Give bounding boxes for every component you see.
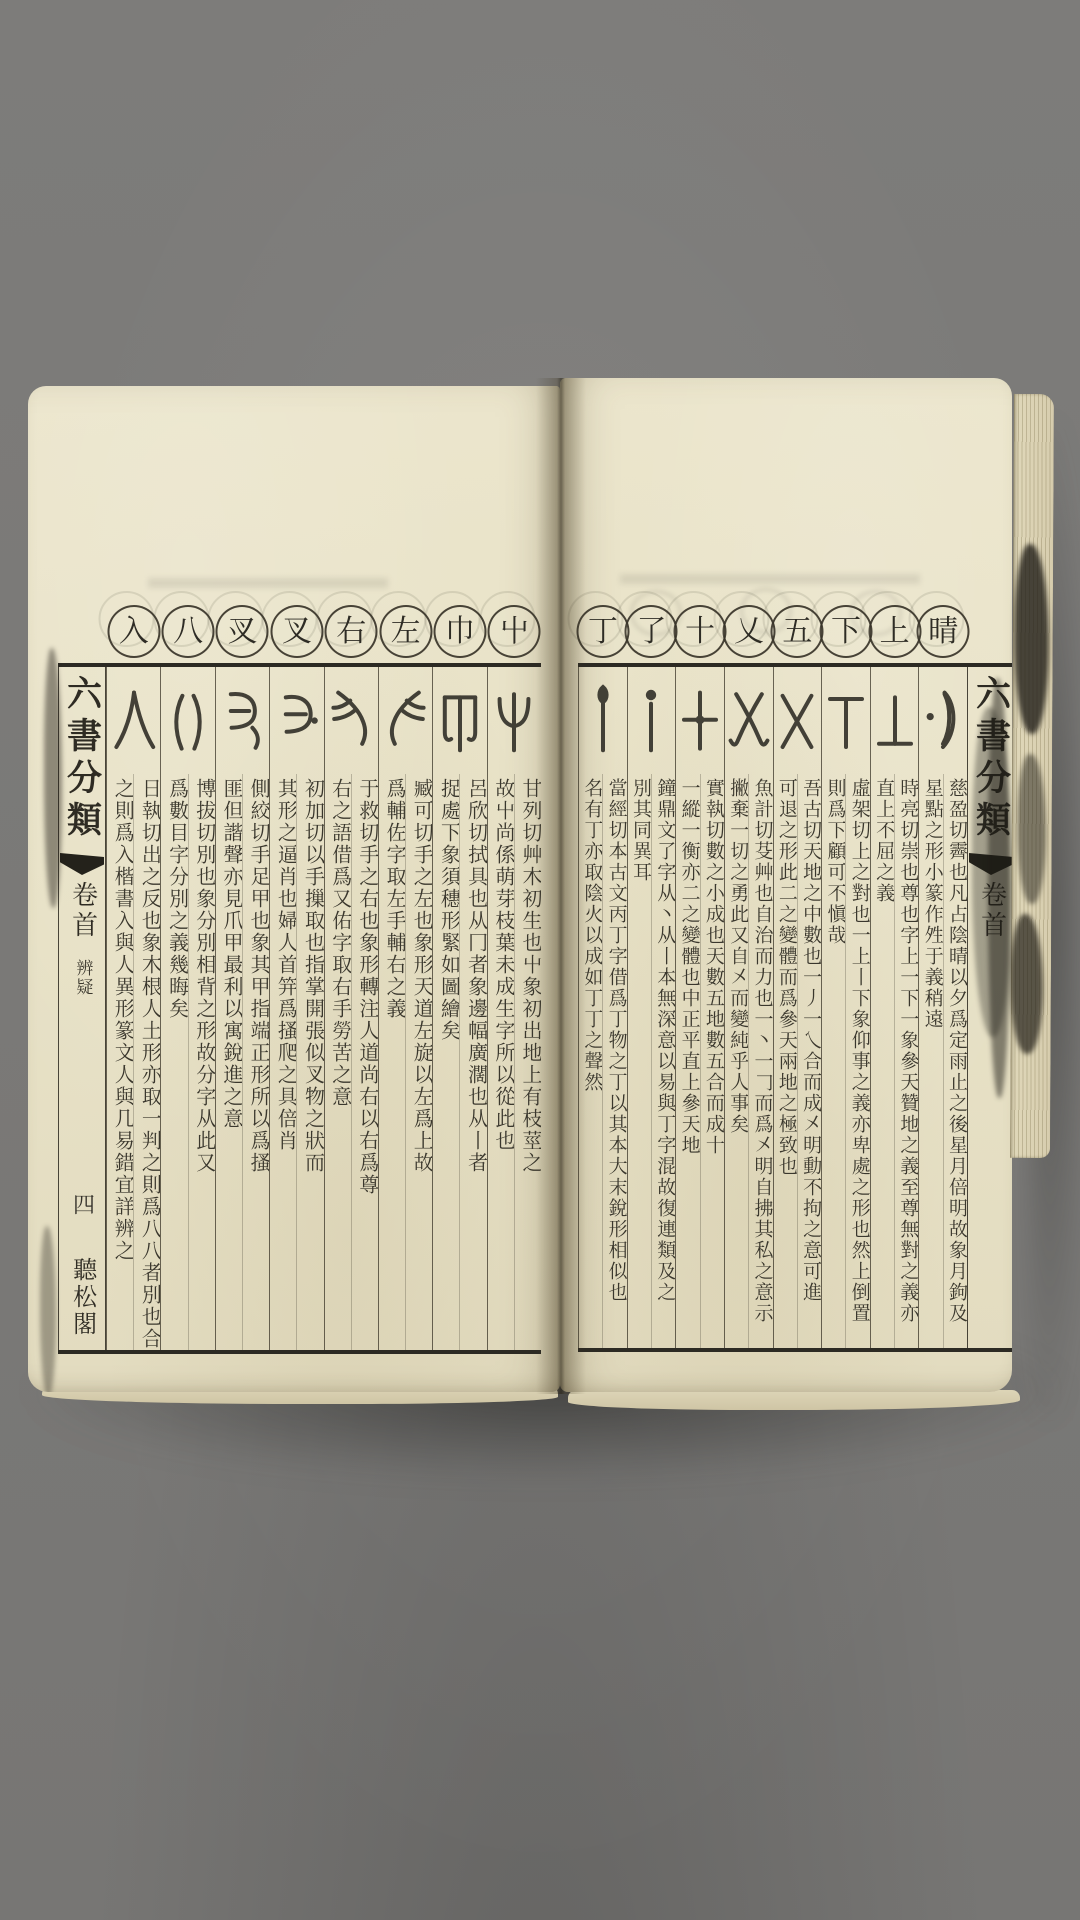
entry-column-ba: 八博拔切別也象分別相背之形故分字从此又爲數目字分別之義幾晦矣	[160, 667, 214, 1350]
seal-glyph-ding	[579, 674, 627, 772]
note-right: 當經切本古文丙丁字借爲丁物之丁以其本大末銳形相似也	[603, 774, 626, 1348]
note-left: 之則爲入楷書入與人異形篆文人與几易錯宜詳辨之	[107, 774, 134, 1350]
right-page-text-frame: 六書分類 卷首 晴慈盈切霽也凡占陰晴以夕爲定雨止之後星月倍明故象月鉤及星點之形小…	[578, 663, 1012, 1352]
note-left: 爲數目字分別之義幾晦矣	[161, 774, 188, 1350]
section-label: 卷首	[68, 881, 95, 941]
entry-column-liao: 了鐘鼎文了字从丶从丨本無深意以易與丁字混故復連類及之別其同異耳	[627, 667, 676, 1348]
seal-glyph-che	[490, 674, 538, 772]
ink-smudge	[1017, 754, 1046, 904]
annotation-notes: 鐘鼎文了字从丶从丨本無深意以易與丁字混故復連類及之別其同異耳	[628, 772, 676, 1348]
note-right: 臧可切手之左也象形天道左旋以左爲上故	[406, 774, 432, 1350]
head-character: 叉	[282, 617, 312, 647]
seal-glyph-cha	[273, 674, 321, 772]
seal-glyph-shang	[871, 674, 919, 772]
annotation-notes: 日執切出之反也象木根人土形亦取一判之則爲八八者別也合之則爲入楷書入與人異形篆文人…	[107, 772, 160, 1350]
entry-column-moon: 晴慈盈切霽也凡占陰晴以夕爲定雨止之後星月倍明故象月鉤及星點之形小篆作夝于義稍遠	[918, 667, 967, 1348]
annotation-notes: 呂欣切拭具也从冂者象邊幅廣濶也从丨者捉處下象須穗形緊如圖繪矣	[433, 772, 486, 1350]
note-left: 直上不屈之義	[871, 774, 895, 1348]
entry-column-jin: 巾呂欣切拭具也从冂者象邊幅廣濶也从丨者捉處下象須穗形緊如圖繪矣	[432, 667, 486, 1350]
entry-column-shi: 十實執切數之小成也天數五地數五合而成十一縱一衡亦二之變體也中正平直上參天地	[675, 667, 724, 1348]
entry-column-you: 右于救切手之右也象形轉注人道尚右以右爲尊右之語借爲又佑字取右手勞苦之意	[324, 667, 378, 1350]
note-left: 其形之逼肖也婦人首笄爲搔爬之具倍肖	[270, 774, 297, 1350]
annotation-notes: 魚計切芟艸也自治而力也一丶一𠃌而爲㐅明自拂其私之意示撇棄一切之勇此又自㐅而變純乎…	[725, 772, 773, 1348]
right-page-bottom-edge	[568, 1390, 1020, 1410]
left-margin-column: 六書分類 卷首 辨疑 四 聽松閣	[58, 667, 106, 1350]
annotation-notes: 慈盈切霽也凡占陰晴以夕爲定雨止之後星月倍明故象月鉤及星點之形小篆作夝于義稍遠	[919, 772, 967, 1348]
note-right: 慈盈切霽也凡占陰晴以夕爲定雨止之後星月倍明故象月鉤及	[944, 774, 967, 1348]
annotation-notes: 于救切手之右也象形轉注人道尚右以右爲尊右之語借爲又佑字取右手勞苦之意	[325, 772, 378, 1350]
note-right: 吾古切天地之中數也一丿一乀合而成㐅明動不拘之意可進	[798, 774, 821, 1348]
entry-column-xia: 下虛架切上之對也一上丨下象仰事之義亦卑處之形也然上倒置則爲下顧可不愼哉	[821, 667, 870, 1348]
seal-glyph-jin	[436, 674, 484, 772]
annotation-notes: 甘列切艸木初生也屮象初出地上有枝莖之故屮尚係萌芽枝葉未成生字所以從此也	[488, 772, 541, 1350]
bleed-through-mark	[148, 578, 388, 588]
entry-column-che: 屮甘列切艸木初生也屮象初出地上有枝莖之故屮尚係萌芽枝葉未成生字所以從此也	[487, 667, 541, 1350]
head-character-circle: 巾	[433, 605, 486, 658]
head-character: 八	[173, 617, 203, 647]
note-right: 實執切數之小成也天數五地數五合而成十	[701, 774, 724, 1348]
bleed-through-ring	[850, 590, 902, 636]
publisher-label: 聽松閣	[69, 1257, 94, 1338]
book: 六書分類 卷首 辨疑 四 聽松閣 屮甘列切艸木初生也屮象初出地上有枝莖之故屮尚係…	[28, 378, 1050, 1406]
note-left: 捉處下象須穗形緊如圖繪矣	[433, 774, 460, 1350]
note-left: 匪但諧聲亦見爪甲最利以寓銳進之意	[216, 774, 243, 1350]
bleed-through-ring	[740, 588, 792, 634]
head-character: 晴	[928, 617, 958, 647]
head-character: 丁	[588, 617, 618, 647]
head-character-circle: 晴	[917, 605, 970, 658]
note-right: 時亮切崇也尊也字上一下一象參天贊地之義至尊無對之義亦	[895, 774, 918, 1348]
note-left: 星點之形小篆作夝于義稍遠	[919, 774, 943, 1348]
note-right: 博拔切別也象分別相背之形故分字从此又	[189, 774, 215, 1350]
note-right: 初加切以手摷取也指掌開張似叉物之狀而	[297, 774, 323, 1350]
bleed-through-mark	[620, 574, 920, 584]
note-right: 于救切手之右也象形轉注人道尚右以右爲尊	[352, 774, 378, 1350]
seal-glyph-ba	[164, 674, 212, 772]
head-character: 十	[685, 617, 715, 647]
note-left: 撇棄一切之勇此又自㐅而變純乎人事矣	[725, 774, 749, 1348]
annotation-notes: 初加切以手摷取也指掌開張似叉物之狀而其形之逼肖也婦人首笄爲搔爬之具倍肖	[270, 772, 323, 1350]
note-right: 魚計切芟艸也自治而力也一丶一𠃌而爲㐅明自拂其私之意示	[749, 774, 772, 1348]
entry-column-shang: 上時亮切崇也尊也字上一下一象參天贊地之義至尊無對之義亦直上不屈之義	[870, 667, 919, 1348]
entry-column-wu: 五吾古切天地之中數也一丿一乀合而成㐅明動不拘之意可進可退之形此二之變體而爲參天兩…	[773, 667, 822, 1348]
note-left: 別其同異耳	[628, 774, 652, 1348]
entry-column-zuo: 左臧可切手之左也象形天道左旋以左爲上故爲輔佐字取左手輔右之義	[378, 667, 432, 1350]
seal-glyph-ru	[110, 674, 158, 772]
head-character: 入	[119, 617, 149, 647]
head-character: 右	[336, 617, 366, 647]
annotation-notes: 虛架切上之對也一上丨下象仰事之義亦卑處之形也然上倒置則爲下顧可不愼哉	[822, 772, 870, 1348]
seal-glyph-moon	[919, 674, 967, 772]
note-right: 虛架切上之對也一上丨下象仰事之義亦卑處之形也然上倒置	[846, 774, 869, 1348]
annotation-notes: 側絞切手足甲也象其甲指端正形所以爲搔匪但諧聲亦見爪甲最利以寓銳進之意	[216, 772, 269, 1350]
book-fore-edge	[1010, 394, 1054, 1158]
note-right: 呂欣切拭具也从冂者象邊幅廣濶也从丨者	[460, 774, 486, 1350]
note-right: 鐘鼎文了字从丶从丨本無深意以易與丁字混故復連類及之	[652, 774, 675, 1348]
head-character-circle: 屮	[488, 605, 541, 658]
annotation-notes: 當經切本古文丙丁字借爲丁物之丁以其本大末銳形相似也名有丁亦取陰火以成如丁丁之聲然	[579, 772, 627, 1348]
photo-background: 六書分類 卷首 辨疑 四 聽松閣 屮甘列切艸木初生也屮象初出地上有枝莖之故屮尚係…	[0, 0, 1080, 1920]
entry-column-zhao: 㕚側絞切手足甲也象其甲指端正形所以爲搔匪但諧聲亦見爪甲最利以寓銳進之意	[215, 667, 269, 1350]
annotation-notes: 吾古切天地之中數也一丿一乀合而成㐅明動不拘之意可進可退之形此二之變體而爲參天兩地…	[774, 772, 822, 1348]
left-page: 六書分類 卷首 辨疑 四 聽松閣 屮甘列切艸木初生也屮象初出地上有枝莖之故屮尚係…	[28, 386, 560, 1392]
seal-glyph-xia	[822, 674, 870, 772]
right-page: 六書分類 卷首 晴慈盈切霽也凡占陰晴以夕爲定雨止之後星月倍明故象月鉤及星點之形小…	[560, 378, 1012, 1392]
note-left: 則爲下顧可不愼哉	[822, 774, 846, 1348]
head-character-circle: 左	[379, 605, 432, 658]
book-title: 六書分類	[65, 675, 100, 843]
seal-glyph-wu	[773, 674, 821, 772]
head-character: 屮	[499, 617, 529, 647]
annotation-notes: 臧可切手之左也象形天道左旋以左爲上故爲輔佐字取左手輔右之義	[379, 772, 432, 1350]
note-left: 爲輔佐字取左手輔右之義	[379, 774, 406, 1350]
head-character-circle: 㕚	[216, 605, 269, 658]
bleed-through-ring	[630, 590, 682, 636]
note-left: 故屮尚係萌芽枝葉未成生字所以從此也	[488, 774, 515, 1350]
seal-glyph-yi	[725, 674, 773, 772]
head-character-circle: 入	[107, 605, 160, 658]
section-note: 辨疑	[73, 959, 92, 997]
entry-column-yi: 乂魚計切芟艸也自治而力也一丶一𠃌而爲㐅明自拂其私之意示撇棄一切之勇此又自㐅而變純…	[724, 667, 773, 1348]
note-right: 日執切出之反也象木根人土形亦取一判之則爲八八者別也合	[134, 774, 160, 1350]
page-number: 四	[67, 1193, 98, 1215]
ink-smudge	[40, 1226, 56, 1392]
head-character: 左	[391, 617, 421, 647]
note-left: 右之語借爲又佑字取右手勞苦之意	[325, 774, 352, 1350]
head-character-circle: 叉	[270, 605, 323, 658]
note-left: 一縱一衡亦二之變體也中正平直上參天地	[676, 774, 700, 1348]
page-gutter	[536, 378, 586, 1394]
head-character: 㕚	[227, 617, 257, 647]
annotation-notes: 實執切數之小成也天數五地數五合而成十一縱一衡亦二之變體也中正平直上參天地	[676, 772, 724, 1348]
seal-glyph-liao	[627, 674, 675, 772]
left-page-text-frame: 六書分類 卷首 辨疑 四 聽松閣 屮甘列切艸木初生也屮象初出地上有枝莖之故屮尚係…	[58, 663, 541, 1354]
annotation-notes: 時亮切崇也尊也字上一下一象參天贊地之義至尊無對之義亦直上不屈之義	[871, 772, 919, 1348]
annotation-notes: 博拔切別也象分別相背之形故分字从此又爲數目字分別之義幾晦矣	[161, 772, 214, 1350]
entry-column-cha: 叉初加切以手摷取也指掌開張似叉物之狀而其形之逼肖也婦人首笄爲搔爬之具倍肖	[269, 667, 323, 1350]
seal-glyph-you	[327, 674, 375, 772]
seal-glyph-zuo	[382, 674, 430, 772]
note-right: 側絞切手足甲也象其甲指端正形所以爲搔	[243, 774, 269, 1350]
entry-column-ru: 入日執切出之反也象木根人土形亦取一判之則爲八八者別也合之則爲入楷書入與人異形篆文…	[106, 667, 160, 1350]
ink-smudge	[1011, 914, 1044, 1054]
seal-glyph-zhao	[218, 674, 266, 772]
fishtail-mark	[60, 853, 104, 875]
seal-glyph-shi	[676, 674, 724, 772]
note-left: 可退之形此二之變體而爲參天兩地之極致也	[774, 774, 798, 1348]
head-character-circle: 右	[325, 605, 378, 658]
ink-smudge	[1014, 544, 1049, 734]
head-character-circle: 八	[162, 605, 215, 658]
head-character: 巾	[445, 617, 475, 647]
